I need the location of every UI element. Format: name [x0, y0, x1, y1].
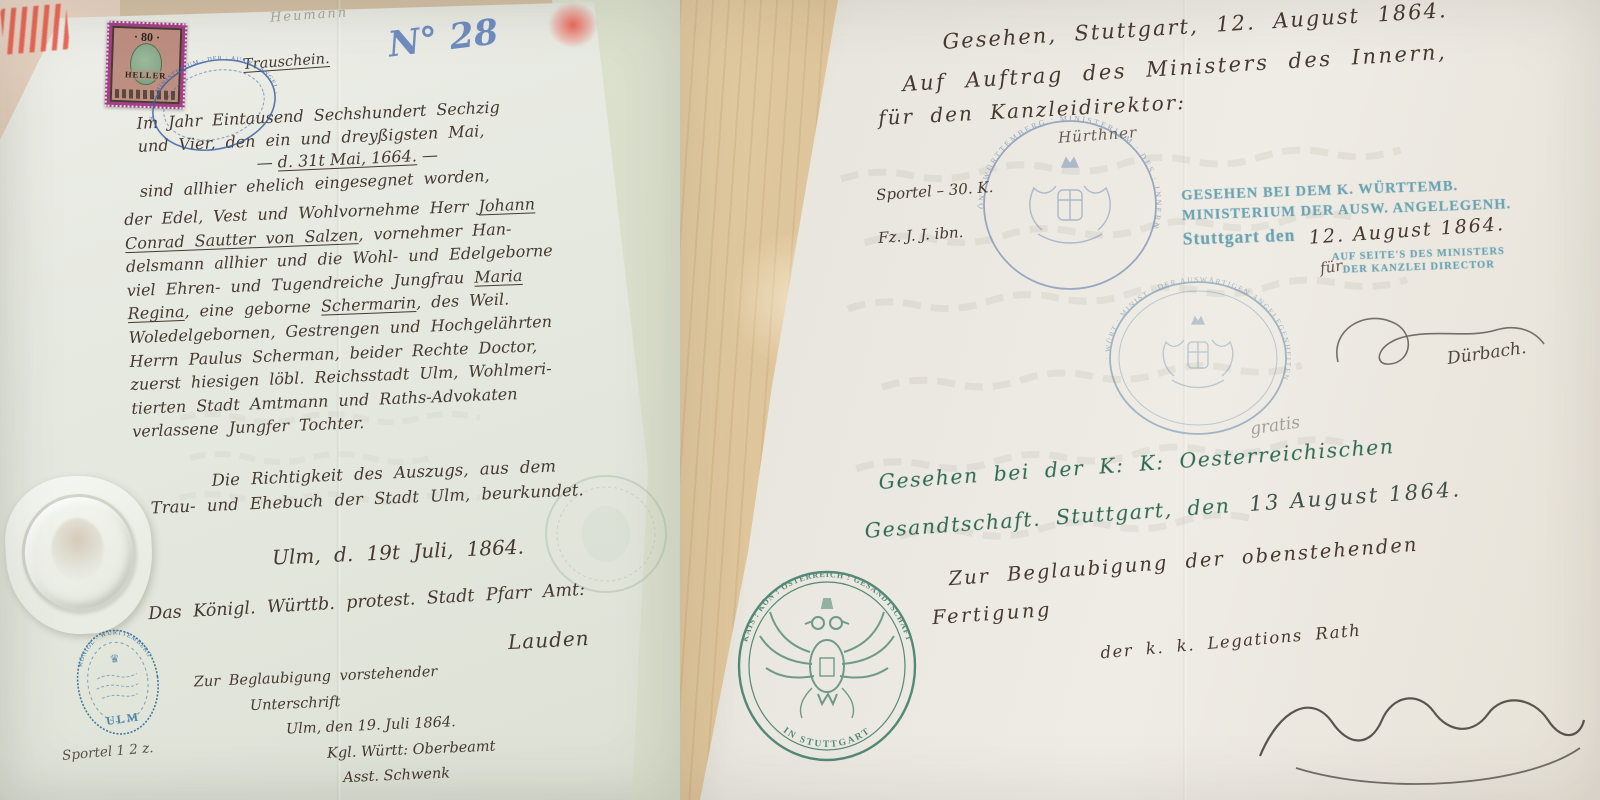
- svg-text:✦ KÖN : WÜRTTEMBERG : MINISTER: ✦ KÖN : WÜRTTEMBERG : MINISTERIUM : DES …: [968, 105, 1164, 231]
- red-crayon-marks: [0, 3, 70, 55]
- pastor-signature: Lauden: [507, 626, 590, 654]
- crown-icon: ♛: [109, 652, 121, 666]
- director-signature-flourish: Dürbach.: [1320, 292, 1570, 387]
- austrian-stamp-bottom-caption: IN STUTTGART: [781, 726, 873, 750]
- coat-of-arms-icon: [1163, 317, 1233, 388]
- signature-flourish: [1236, 664, 1596, 794]
- ulm-oberamt-stamp: KÖNIGL · WÜRTTEMBERG ♛ ULM: [61, 619, 178, 746]
- coat-of-arms-icon: [1030, 158, 1110, 243]
- bleed-through-writing: [180, 398, 560, 548]
- document-photo-collage: · 80 · HELLER · K · K · MINISTERIUM · DE…: [0, 0, 1600, 800]
- left-photo: · 80 · HELLER · K · K · MINISTERIUM · DE…: [0, 0, 680, 800]
- red-crayon-smudge: [548, 2, 598, 48]
- interior-stamp-caption: ✦ KÖN : WÜRTTEMBERG : MINISTERIUM : DES …: [968, 105, 1164, 231]
- right-photo: Gesehen, Stuttgart, 12. August 1864. Auf…: [680, 0, 1600, 800]
- ulm-stamp-city: ULM: [105, 709, 141, 728]
- double-eagle-icon: [760, 599, 894, 718]
- svg-text:IN STUTTGART: IN STUTTGART: [781, 726, 873, 750]
- interior-ministry-stamp: ✦ KÖN : WÜRTTEMBERG : MINISTERIUM : DES …: [972, 112, 1168, 298]
- legalisation-block: Zur Beglaubigung vorstehender Unterschri…: [193, 658, 497, 798]
- fur-overlay-word: für: [1319, 257, 1344, 278]
- director-signature: Dürbach.: [1445, 338, 1528, 369]
- foreign-ministry-seen-stamp: GESEHEN BEI DEM K. WÜRTTEMB. MINISTERIUM…: [1181, 174, 1513, 252]
- stamp-text-line: Stuttgart den: [1182, 225, 1295, 249]
- austrian-embassy-stamp: KAIS : KÖN : ÖSTERREICH : GESANDTSCHAFT …: [730, 566, 924, 766]
